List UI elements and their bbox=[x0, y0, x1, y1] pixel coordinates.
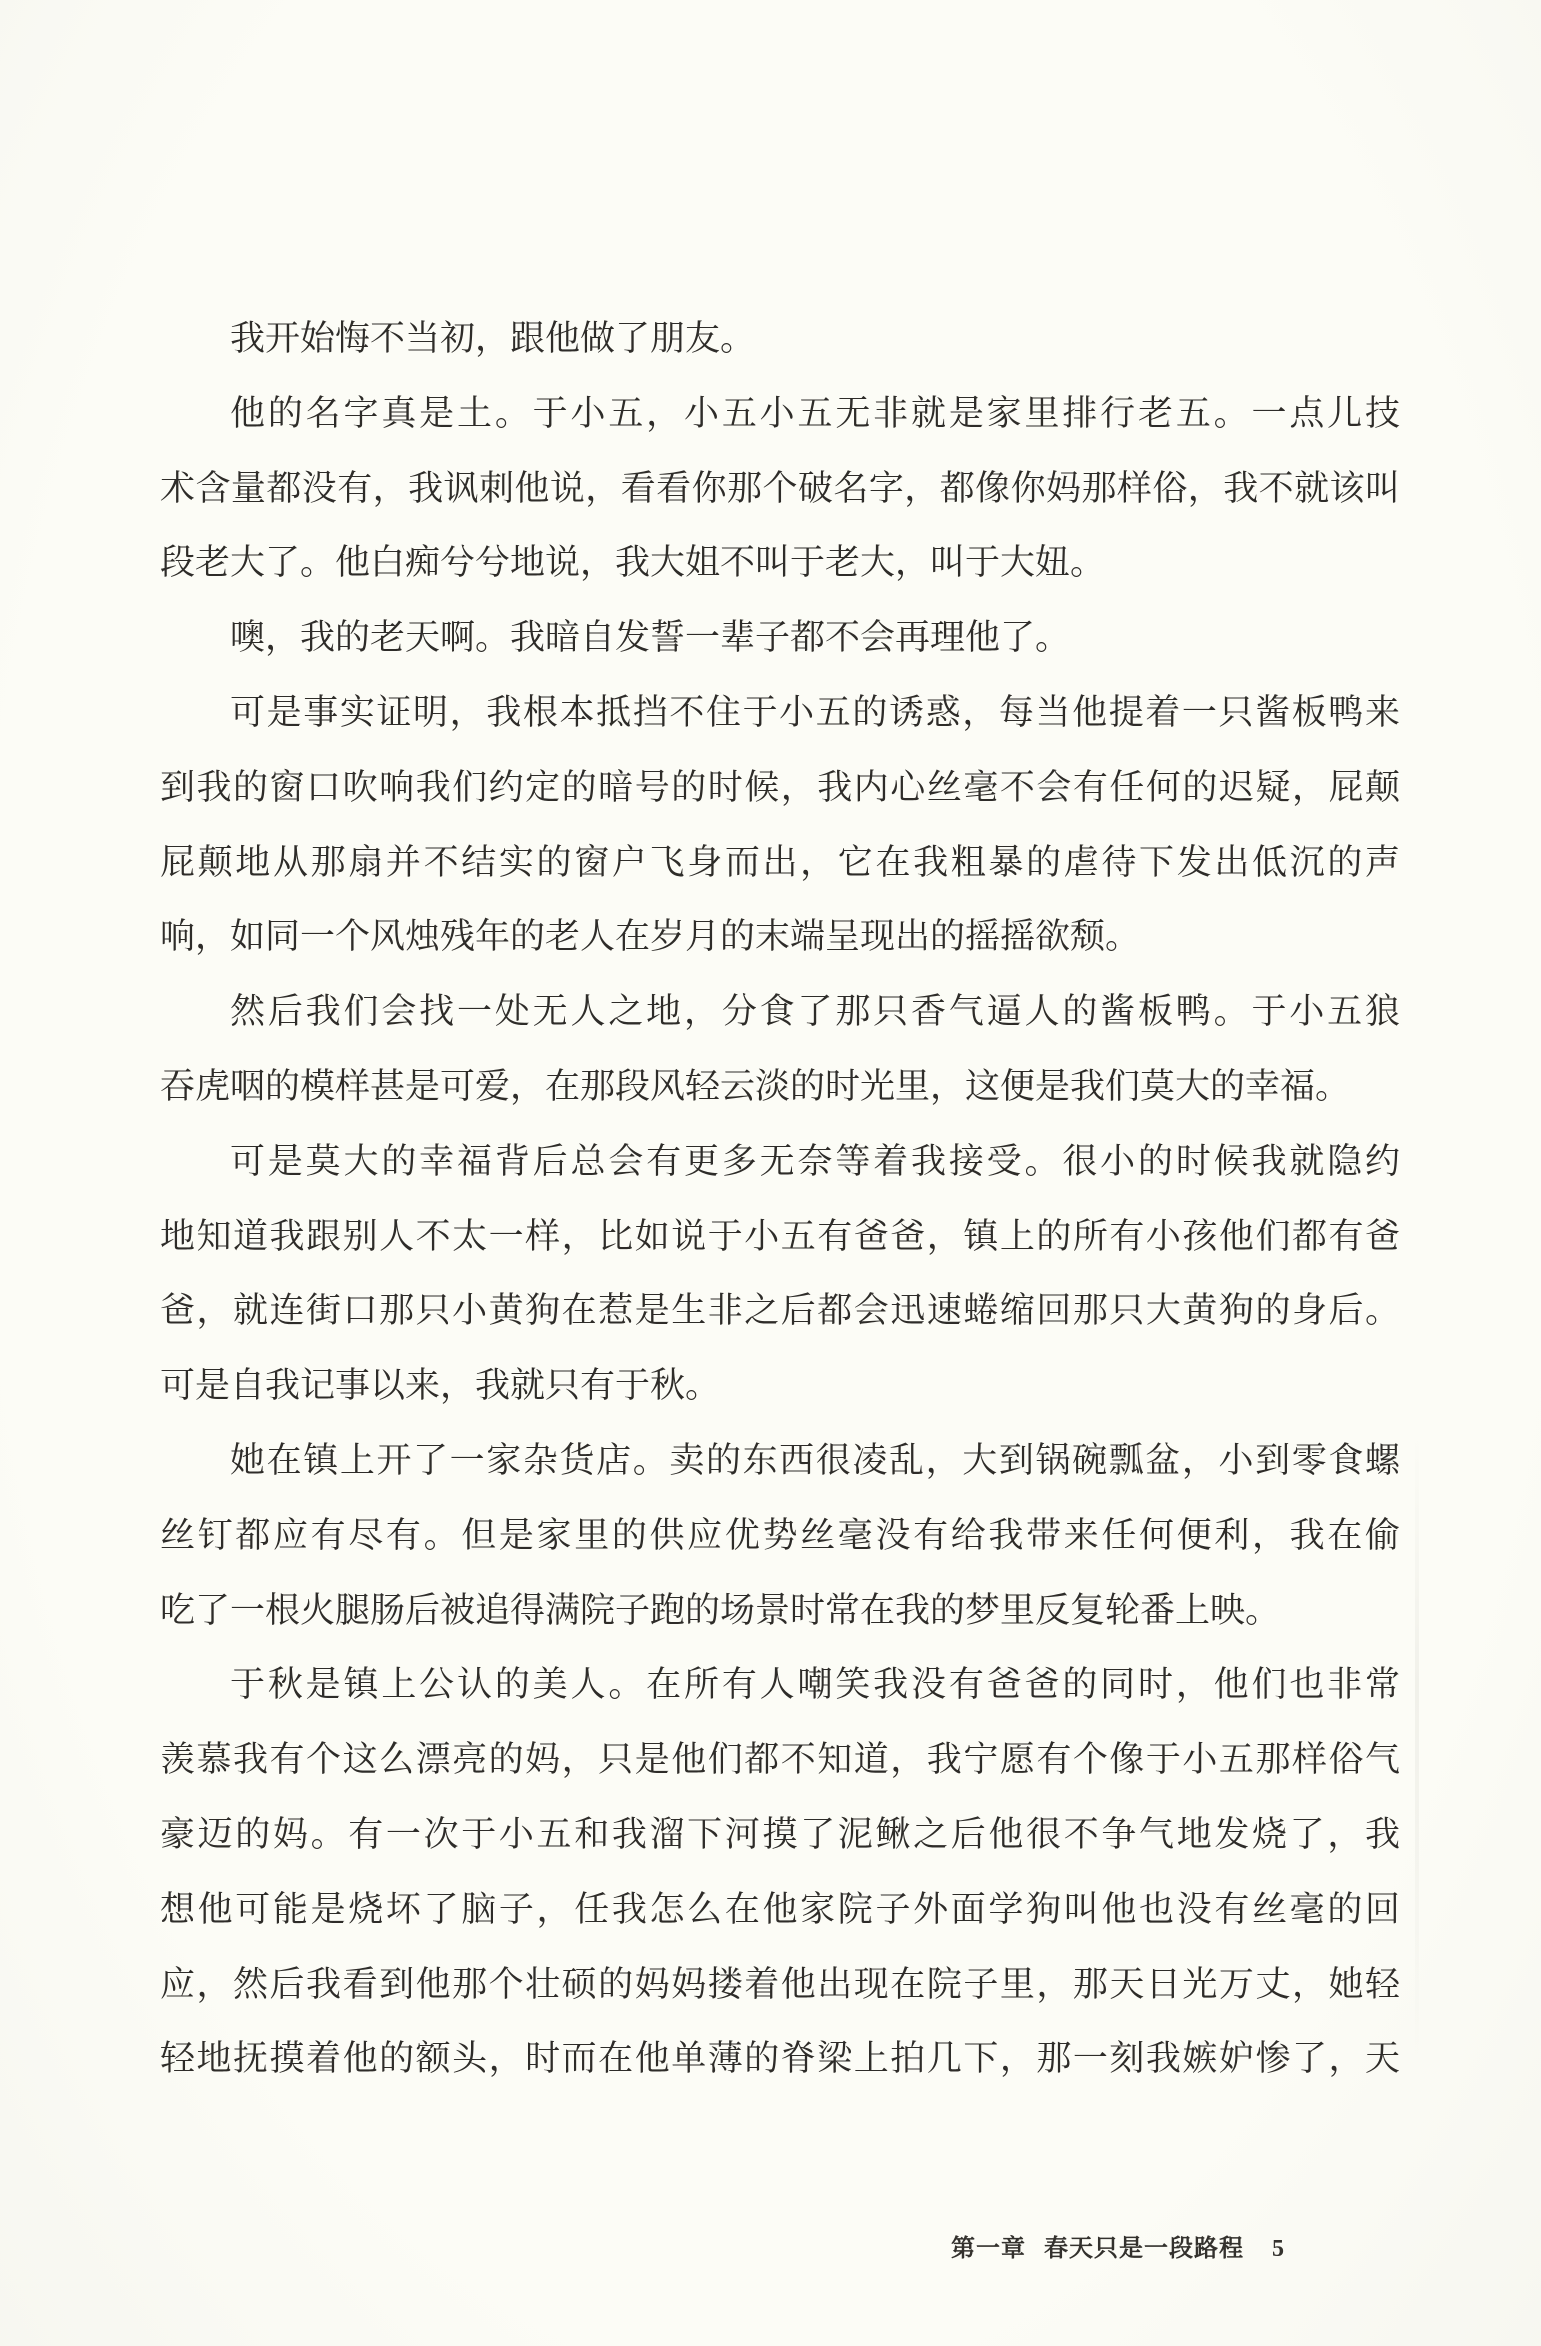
text-line: 响，如同一个风烛残年的老人在岁月的末端呈现出的摇摇欲颓。 bbox=[160, 900, 1400, 975]
text-line: 她在镇上开了一家杂货店。卖的东西很凌乱，大到锅碗瓢盆，小到零食螺 bbox=[160, 1424, 1400, 1499]
text-line: 噢，我的老天啊。我暗自发誓一辈子都不会再理他了。 bbox=[160, 601, 1400, 676]
text-line: 屁颠地从那扇并不结实的窗户飞身而出，它在我粗暴的虐待下发出低沉的声 bbox=[160, 826, 1400, 901]
text-line: 于秋是镇上公认的美人。在所有人嘲笑我没有爸爸的同时，他们也非常 bbox=[160, 1648, 1400, 1723]
text-line: 爸，就连街口那只小黄狗在惹是生非之后都会迅速蜷缩回那只大黄狗的身后。 bbox=[160, 1274, 1400, 1349]
text-line: 丝钉都应有尽有。但是家里的供应优势丝毫没有给我带来任何便利，我在偷 bbox=[160, 1499, 1400, 1574]
text-line: 可是事实证明，我根本抵挡不住于小五的诱惑，每当他提着一只酱板鸭来 bbox=[160, 676, 1400, 751]
book-page: 我开始悔不当初，跟他做了朋友。 他的名字真是土。于小五，小五小五无非就是家里排行… bbox=[0, 0, 1541, 2346]
text-line: 应，然后我看到他那个壮硕的妈妈搂着他出现在院子里，那天日光万丈，她轻 bbox=[160, 1948, 1400, 2023]
text-line: 他的名字真是土。于小五，小五小五无非就是家里排行老五。一点儿技 bbox=[160, 377, 1400, 452]
text-line: 吃了一根火腿肠后被追得满院子跑的场景时常在我的梦里反复轮番上映。 bbox=[160, 1574, 1400, 1649]
text-line: 轻地抚摸着他的额头，时而在他单薄的脊梁上拍几下，那一刻我嫉妒惨了，天 bbox=[160, 2022, 1400, 2097]
page-footer: 第一章春天只是一段路程5 bbox=[0, 2228, 1285, 2263]
text-line: 羡慕我有个这么漂亮的妈，只是他们都不知道，我宁愿有个像于小五那样俗气 bbox=[160, 1723, 1400, 1798]
text-line: 术含量都没有，我讽刺他说，看看你那个破名字，都像你妈那样俗，我不就该叫 bbox=[160, 452, 1400, 527]
text-line: 我开始悔不当初，跟他做了朋友。 bbox=[160, 302, 1400, 377]
footer-section-title: 春天只是一段路程 bbox=[1044, 2236, 1244, 2262]
text-line: 豪迈的妈。有一次于小五和我溜下河摸了泥鳅之后他很不争气地发烧了，我 bbox=[160, 1798, 1400, 1873]
text-line: 吞虎咽的模样甚是可爱，在那段风轻云淡的时光里，这便是我们莫大的幸福。 bbox=[160, 1050, 1400, 1125]
text-line: 然后我们会找一处无人之地，分食了那只香气逼人的酱板鸭。于小五狼 bbox=[160, 975, 1400, 1050]
footer-page-number: 5 bbox=[1272, 2236, 1285, 2262]
text-line: 可是自我记事以来，我就只有于秋。 bbox=[160, 1349, 1400, 1424]
scan-crease bbox=[1415, 1430, 1419, 2070]
footer-chapter-label: 第一章 bbox=[951, 2236, 1026, 2262]
text-line: 到我的窗口吹响我们约定的暗号的时候，我内心丝毫不会有任何的迟疑，屁颠 bbox=[160, 751, 1400, 826]
page-body-text: 我开始悔不当初，跟他做了朋友。 他的名字真是土。于小五，小五小五无非就是家里排行… bbox=[160, 302, 1400, 2097]
text-line: 段老大了。他白痴兮兮地说，我大姐不叫于老大，叫于大妞。 bbox=[160, 526, 1400, 601]
text-line: 想他可能是烧坏了脑子，任我怎么在他家院子外面学狗叫他也没有丝毫的回 bbox=[160, 1873, 1400, 1948]
text-line: 地知道我跟别人不太一样，比如说于小五有爸爸，镇上的所有小孩他们都有爸 bbox=[160, 1200, 1400, 1275]
text-line: 可是莫大的幸福背后总会有更多无奈等着我接受。很小的时候我就隐约 bbox=[160, 1125, 1400, 1200]
